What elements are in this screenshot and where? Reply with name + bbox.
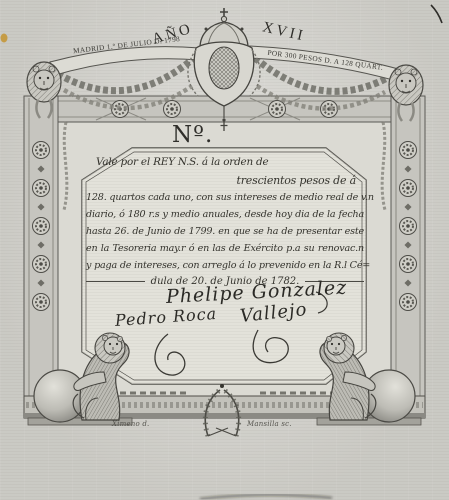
rosette-border-left [24,96,58,418]
vale-real-document: AÑO XVII MADRID 1.º DE JULIO D. 1798 POR… [0,0,449,500]
body-line: y paga de intereses, con arreglo á lo pr… [86,260,364,271]
artist-credit: Ximeno d. [112,420,149,428]
body-line: Vale por el REY N.S. á la orden de [86,156,364,168]
rule-line [86,281,145,282]
page-edge-shadow [200,495,332,499]
body-line: en la Tesoreria may.r ó en las de Exérci… [86,243,364,254]
ink-mark [431,5,442,23]
engraver-credit: Mansilla sc. [247,420,292,428]
body-line: hasta 26. de Junio de 1799. en que se ha… [86,226,364,237]
document-number-label: Nº. [172,122,213,148]
body-line: trescientos pesos de á [86,174,364,187]
rosette-border-right [391,96,425,418]
body-line: diario, ó 180 r.s y medio anuales, desde… [86,209,364,220]
paper-stain [1,34,8,43]
body-line: 128. quartos cada uno, con sus intereses… [86,192,364,203]
